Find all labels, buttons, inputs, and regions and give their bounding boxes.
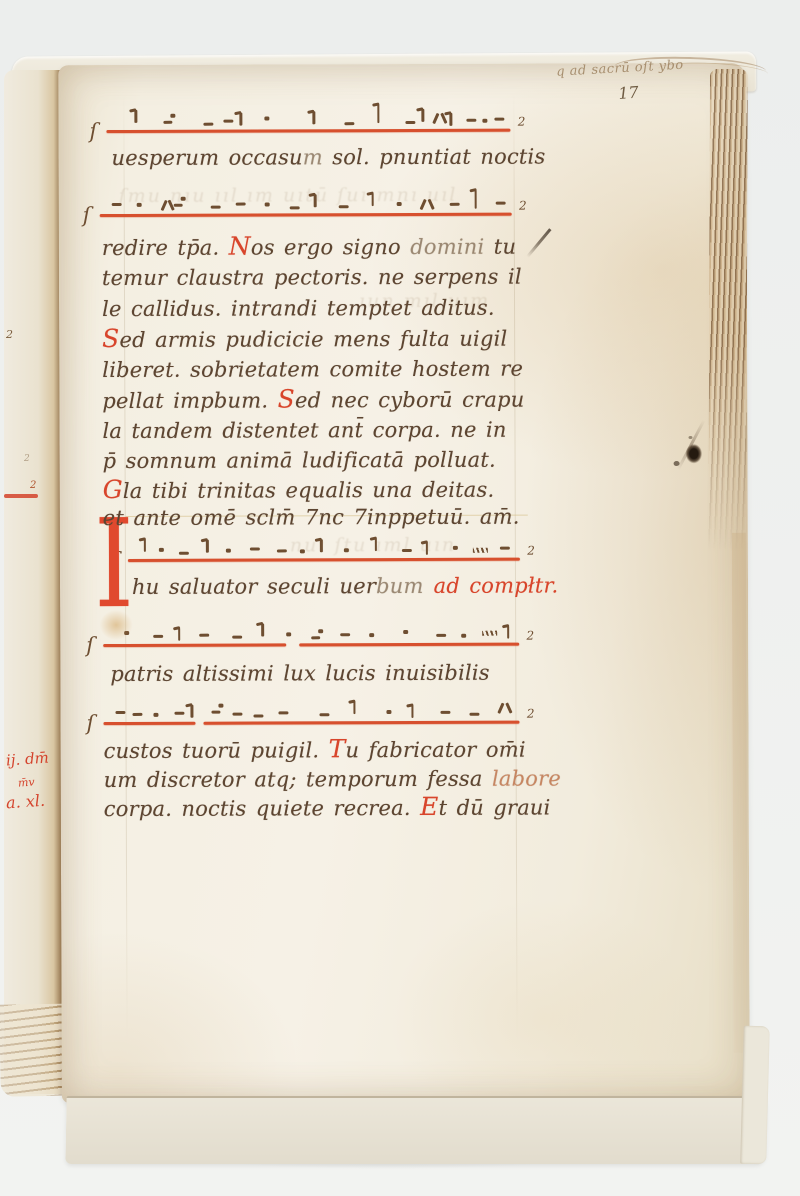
neume-f <box>191 705 194 718</box>
neume-d <box>470 713 480 716</box>
neume-d <box>199 634 209 637</box>
neume-d <box>116 711 126 714</box>
text-part: pellat impbum. <box>102 388 277 413</box>
text-part: um discretor atq; temporum fessa <box>104 767 492 792</box>
music-staff: 2ſ <box>106 90 510 133</box>
manuscript-photograph: ij. dm̄ m̄v a. xl. 2 2 2 q ad sacrū oſt … <box>0 0 800 1196</box>
neume-d <box>249 548 259 551</box>
neume-o <box>369 633 374 637</box>
neume-p <box>311 636 320 639</box>
text-line: la tandem distentet ant̄ corpa. ne in <box>102 417 506 444</box>
clef-mark: ſ <box>86 633 94 657</box>
clef-mark: ſ <box>83 203 91 227</box>
neume-d <box>174 712 184 715</box>
neume-o <box>159 548 164 552</box>
neume-f <box>312 111 315 124</box>
neume-F <box>377 104 380 123</box>
text-line: Gla tibi trinitas equalis una deitas. <box>103 476 495 504</box>
text-part: uesperum occasu <box>111 145 302 170</box>
neume-d <box>289 206 299 209</box>
neume-d <box>224 120 234 123</box>
manuscript-page: q ad sacrū oſt ybo 17 2ſ 2ſ 2ſ 2ſ 2ſ I u… <box>58 63 750 1103</box>
custos-mark: 2 <box>518 115 526 129</box>
neume-d <box>320 713 330 716</box>
neume-q <box>482 631 497 636</box>
custos-mark: 2 <box>527 544 535 558</box>
neume-d <box>232 636 242 639</box>
illuminated-initial-I: I <box>94 517 134 612</box>
text-part: la tandem distentet ant̄ corpa. ne in <box>102 418 506 443</box>
text-part: labore <box>492 766 561 790</box>
neume-d <box>440 711 450 714</box>
neume-f <box>353 701 356 714</box>
neume-d <box>466 119 476 122</box>
text-part: liberet. sobrietatem comite hostem re <box>102 357 523 382</box>
text-part: patris altissimi lux lucis inuisibilis <box>110 661 490 686</box>
text-line: pellat impbum. Sed nec cyborū crapu <box>102 386 524 414</box>
neume-o <box>386 710 391 714</box>
chant-text-line: hu saluator seculi uerbumad compłtr. <box>132 572 558 599</box>
text-part: ed nec cyborū crapu <box>295 388 525 413</box>
neume-d <box>278 711 288 714</box>
text-part: S <box>102 324 119 353</box>
text-part: ed armis pudicicie mens fulta uigil <box>119 327 507 352</box>
neume-o <box>461 634 466 638</box>
text-part: et ante omē sclm̄ 7nc 7inppetuū. am̄. <box>103 505 520 530</box>
margin-custos-mark: 2 <box>6 328 13 341</box>
neume-c <box>499 704 511 714</box>
neume-F <box>475 190 478 209</box>
text-part: t dū graui <box>439 795 551 819</box>
bleedthrough-text: ſmu nıu ııl ım uıtū ſuı mnı uıl <box>119 184 458 207</box>
margin-custos-mark: 2 <box>30 480 36 491</box>
neume-f <box>206 540 209 553</box>
cover-bottom-edge <box>65 1096 766 1164</box>
margin-red-fragment: a. xl. <box>5 791 45 813</box>
text-part: ad compłtr. <box>434 573 559 597</box>
neume-o <box>226 549 231 553</box>
music-staff: 2ſ <box>103 682 519 725</box>
neume-d <box>405 121 415 124</box>
right-page-edge-shading <box>732 533 748 1053</box>
clef-mark: ſ <box>86 711 94 735</box>
neume-f <box>507 626 510 639</box>
text-part: T <box>329 734 346 763</box>
text-part: os ergo signo <box>251 235 410 260</box>
neume-p <box>163 121 172 124</box>
text-part: redire tp̄a. <box>102 236 229 260</box>
neume-d <box>345 122 355 125</box>
neume-d <box>179 552 189 555</box>
text-part: u fabricator om̄i <box>345 738 525 763</box>
neume-d <box>436 634 446 637</box>
staff-red-line <box>203 721 519 725</box>
neume-f <box>178 628 181 641</box>
neume-d <box>340 633 350 636</box>
neume-c <box>434 114 446 124</box>
text-part: temur claustra pectoris. ne serpens il <box>102 265 522 290</box>
neume-d <box>495 202 505 205</box>
neume-d <box>203 123 213 126</box>
text-line: p̄ somnum animā ludificatā polluat. <box>103 447 496 474</box>
neume-o <box>264 116 269 120</box>
custos-mark: 2 <box>527 707 535 721</box>
staff-red-line <box>100 213 512 217</box>
neume-f <box>421 109 424 122</box>
neume-f <box>261 623 264 636</box>
text-part: domini <box>410 235 484 259</box>
neume-d <box>500 547 510 550</box>
chant-text-line: uesperum occasum sol. pnuntiat noctis <box>111 144 545 172</box>
margin-red-dash <box>4 494 38 498</box>
music-staff: 2ſ <box>103 604 519 647</box>
neume-f <box>450 113 453 126</box>
staff-red-line <box>103 722 195 725</box>
text-part: la tibi trinitas equalis una deitas. <box>123 478 495 503</box>
neume-o <box>482 119 487 123</box>
chant-text-line: patris altissimi lux lucis inuisibilis <box>110 660 490 687</box>
neume-d <box>494 118 504 121</box>
cover-right-edge <box>740 1026 770 1165</box>
facing-page-edge: ij. dm̄ m̄v a. xl. 2 2 2 <box>4 70 66 1094</box>
neume-d <box>253 714 263 717</box>
text-part: S <box>278 384 295 413</box>
neume-d <box>277 549 287 552</box>
text-part: hu saluator seculi uer <box>132 574 376 599</box>
text-part: corpa. noctis quiete recrea. <box>104 796 420 821</box>
neume-o <box>286 632 291 636</box>
neume-q <box>473 548 488 553</box>
staff-red-line <box>106 129 510 133</box>
neume-d <box>232 713 242 716</box>
text-part: G <box>103 475 123 504</box>
text-line: et ante omē sclm̄ 7nc 7inppetuū. am̄. <box>103 504 520 531</box>
text-line: custos tuorū puigil. Tu fabricator om̄i <box>104 736 526 764</box>
parchment-stain <box>94 605 138 645</box>
text-line: corpa. noctis quiete recrea. Et dū graui <box>104 793 551 822</box>
ink-scratch <box>526 228 551 258</box>
custos-mark: 2 <box>527 629 535 643</box>
bleedthrough-text: nuı ſtu ıml uın <box>290 534 456 557</box>
staff-red-line <box>128 558 520 562</box>
neume-p <box>212 711 221 714</box>
right-page-stack-edges <box>708 69 748 561</box>
margin-red-fragment: ij. dm̄ <box>5 749 49 770</box>
margin-red-fragment: m̄v <box>18 775 36 789</box>
text-part: N <box>229 232 251 261</box>
text-part: p̄ somnum animā ludificatā polluat. <box>103 448 496 473</box>
text-part: tu <box>484 235 516 259</box>
text-part: m <box>303 145 323 169</box>
text-line: temur claustra pectoris. ne serpens il <box>102 264 522 291</box>
neume-d <box>153 635 163 638</box>
neume-f <box>144 539 147 552</box>
text-line: Sed armis pudicicie mens fulta uigil <box>102 325 507 353</box>
neume-d <box>133 713 143 716</box>
ink-blot <box>679 435 705 469</box>
neume-o <box>153 713 158 717</box>
clef-mark: ſ <box>89 119 97 143</box>
custos-mark: 2 <box>519 199 527 213</box>
folio-number: 17 <box>618 82 640 102</box>
neume-f <box>411 705 414 718</box>
neume-o <box>403 630 408 634</box>
bleedthrough-text: ıun mıl uım <box>359 290 490 312</box>
margin-custos-mark: 2 <box>24 454 30 464</box>
text-line: um discretor atq; temporum fessa labore <box>104 765 561 793</box>
text-line: redire tp̄a. Nos ergo signo domini tu <box>102 233 516 261</box>
neume-f <box>240 113 243 126</box>
text-line: liberet. sobrietatem comite hostem re <box>102 356 523 383</box>
staff-red-line <box>299 643 519 646</box>
text-part: bum <box>376 574 424 598</box>
text-part: custos tuorū puigil. <box>104 738 329 763</box>
neume-f <box>135 110 138 123</box>
text-part: E <box>420 792 439 821</box>
text-part: sol. pnuntiat noctis <box>323 145 546 170</box>
